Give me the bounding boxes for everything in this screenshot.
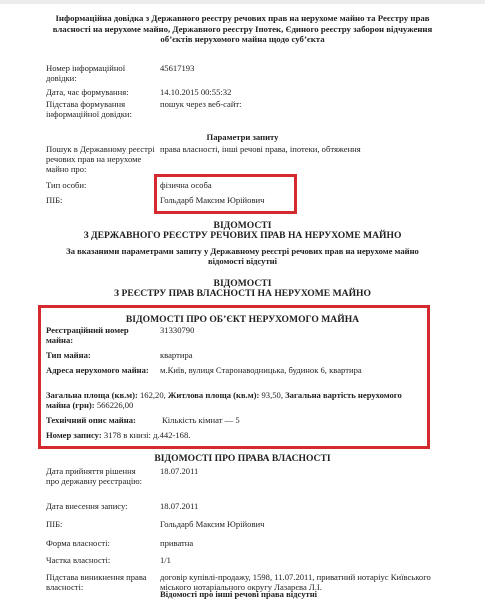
property-reg-number-value: 31330790 bbox=[160, 326, 450, 336]
rights-form-value: приватна bbox=[160, 539, 450, 549]
total-area-label: Загальна площа (кв.м): bbox=[46, 390, 138, 400]
property-record-row: Номер запису: 3178 в книзі: д.442-168. bbox=[46, 431, 446, 441]
rights-name-label: ПІБ: bbox=[46, 520, 156, 530]
query-search-value: права власності, інші речові права, іпот… bbox=[160, 145, 450, 155]
rights-decision-date-label: Дата прийняття рішення про державну реєс… bbox=[46, 467, 151, 487]
rights-entry-date-value: 18.07.2011 bbox=[160, 502, 450, 512]
top-border bbox=[0, 0, 485, 4]
info-basis-label: Підстава формування інформаційної довідк… bbox=[46, 100, 156, 120]
highlight-box-person bbox=[154, 174, 297, 214]
rights-decision-date-value: 18.07.2011 bbox=[160, 467, 450, 477]
rights-title: ВІДОМОСТІ ПРО ПРАВА ВЛАСНОСТІ bbox=[40, 453, 445, 464]
rights-other-note: Відомості про інші речові права відсутні bbox=[160, 590, 450, 600]
rights-form-label: Форма власності: bbox=[46, 539, 156, 549]
rights-entry-date-label: Дата внесення запису: bbox=[46, 502, 156, 512]
info-basis-value: пошук через веб-сайт: bbox=[160, 100, 450, 110]
property-area-row: Загальна площа (кв.м): 162,20, Житлова п… bbox=[46, 391, 416, 411]
rights-basis-label: Підстава виникнення права власності: bbox=[46, 573, 156, 593]
query-person-type-label: Тип особи: bbox=[46, 181, 156, 191]
living-area-label: Житлова площа (кв.м): bbox=[168, 390, 259, 400]
query-title: Параметри запиту bbox=[40, 133, 445, 143]
record-value: 3178 в книзі: д.442-168. bbox=[104, 430, 191, 440]
document-title: Інформаційна довідка з Державного реєстр… bbox=[40, 13, 445, 45]
property-tech-label: Технічний опис майна: bbox=[46, 416, 156, 426]
property-type-label: Тип майна: bbox=[46, 351, 156, 361]
info-date-label: Дата, час формування: bbox=[46, 88, 156, 98]
info-date-value: 14.10.2015 00:55:32 bbox=[160, 88, 450, 98]
property-reg-number-label: Реєстраційний номер майна: bbox=[46, 326, 156, 346]
property-address-label: Адреса нерухомого майна: bbox=[46, 366, 156, 376]
property-address-value: м.Київ, вулиця Старонаводницька, будинок… bbox=[160, 366, 450, 376]
property-tech-value: Кількість кімнат — 5 bbox=[162, 416, 452, 426]
rights-share-value: 1/1 bbox=[160, 556, 450, 566]
state-registry-title-2: З ДЕРЖАВНОГО РЕЄСТРУ РЕЧОВИХ ПРАВ НА НЕР… bbox=[40, 230, 445, 241]
query-search-label: Пошук в Державному реєстрі речових прав … bbox=[46, 145, 156, 175]
info-number-label: Номер інформаційної довідки: bbox=[46, 64, 156, 84]
info-number-value: 45617193 bbox=[160, 64, 450, 74]
total-area-value: 162,20, bbox=[140, 390, 166, 400]
rights-name-value: Гольдарб Максим Юрійович bbox=[160, 520, 450, 530]
state-registry-note: За вказаними параметрами запиту у Держав… bbox=[50, 247, 435, 267]
query-name-label: ПІБ: bbox=[46, 196, 156, 206]
record-label: Номер запису: bbox=[46, 430, 102, 440]
property-title: ВІДОМОСТІ ПРО ОБ’ЄКТ НЕРУХОМОГО МАЙНА bbox=[40, 314, 445, 325]
living-area-value: 93,50, bbox=[261, 390, 282, 400]
rights-share-label: Частка власності: bbox=[46, 556, 156, 566]
cost-value: 566226,00 bbox=[97, 400, 134, 410]
ownership-registry-title-2: З РЕЄСТРУ ПРАВ ВЛАСНОСТІ НА НЕРУХОМЕ МАЙ… bbox=[40, 288, 445, 299]
property-type-value: квартира bbox=[160, 351, 450, 361]
